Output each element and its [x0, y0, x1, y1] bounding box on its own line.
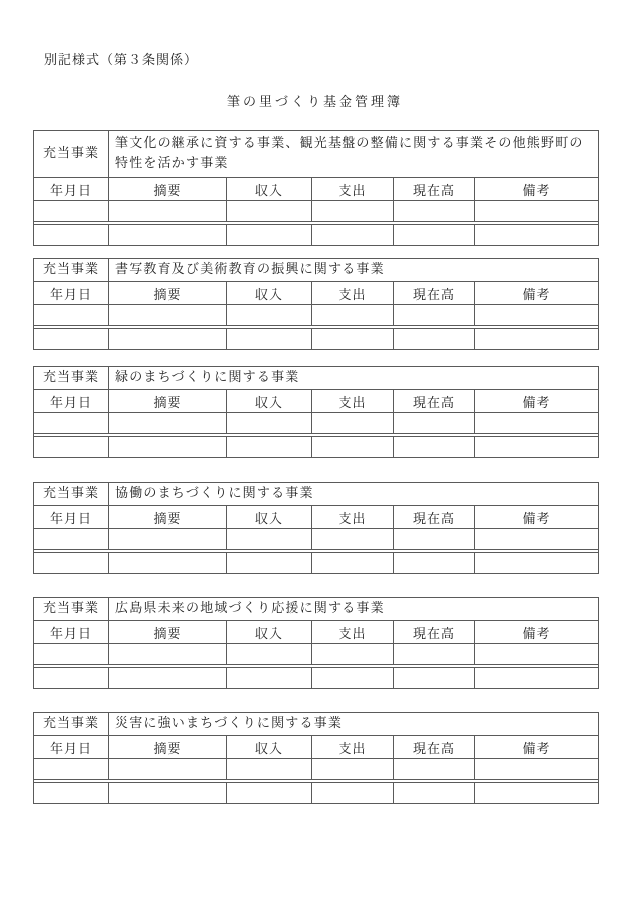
ledger-entry-row: [34, 644, 598, 665]
ledger-cell-remarks: [475, 644, 598, 664]
column-header-income: 収入: [227, 178, 312, 200]
ledger-cell-summary: [109, 225, 227, 245]
ledger-cell-remarks: [475, 783, 598, 803]
ledger-cell-expenditure: [312, 529, 394, 549]
ledger-cell-date: [34, 329, 109, 349]
column-header-row: 年月日 摘要 収入 支出 現在高 備考: [34, 506, 598, 529]
column-header-row: 年月日 摘要 収入 支出 現在高 備考: [34, 621, 598, 644]
column-header-remarks: 備考: [475, 282, 598, 304]
ledger-cell-summary: [109, 668, 227, 688]
ledger-cell-balance: [394, 201, 475, 221]
project-description: 広島県未来の地域づくり応援に関する事業: [109, 598, 598, 620]
ledger-cell-date: [34, 553, 109, 573]
column-header-row: 年月日 摘要 収入 支出 現在高 備考: [34, 178, 598, 201]
ledger-cell-date: [34, 201, 109, 221]
ledger-cell-income: [227, 329, 312, 349]
ledger-cell-balance: [394, 437, 475, 457]
ledger-cell-income: [227, 413, 312, 433]
ledger-cell-expenditure: [312, 668, 394, 688]
ledger-cell-expenditure: [312, 644, 394, 664]
ledger-cell-income: [227, 305, 312, 325]
project-label: 充当事業: [34, 131, 109, 177]
ledger-cell-remarks: [475, 668, 598, 688]
column-header-summary: 摘要: [109, 282, 227, 304]
ledger-cell-balance: [394, 644, 475, 664]
column-header-balance: 現在高: [394, 282, 475, 304]
column-header-summary: 摘要: [109, 736, 227, 758]
ledger-cell-income: [227, 644, 312, 664]
column-header-expenditure: 支出: [312, 506, 394, 528]
project-label: 充当事業: [34, 259, 109, 281]
ledger-cell-expenditure: [312, 783, 394, 803]
ledger-cell-date: [34, 529, 109, 549]
project-row: 充当事業 災害に強いまちづくりに関する事業: [34, 713, 598, 736]
page-title: 筆の里づくり基金管理簿: [0, 91, 630, 110]
project-row: 充当事業 書写教育及び美術教育の振興に関する事業: [34, 259, 598, 282]
ledger-cell-remarks: [475, 413, 598, 433]
column-header-income: 収入: [227, 621, 312, 643]
ledger-cell-expenditure: [312, 201, 394, 221]
ledger-cell-balance: [394, 553, 475, 573]
ledger-cell-remarks: [475, 225, 598, 245]
ledger-cell-balance: [394, 329, 475, 349]
ledger-entry-row: [34, 305, 598, 326]
project-description: 筆文化の継承に資する事業、観光基盤の整備に関する事業その他熊野町の特性を活かす事…: [109, 131, 598, 177]
fund-table-5: 充当事業 広島県未来の地域づくり応援に関する事業 年月日 摘要 収入 支出 現在…: [33, 597, 599, 689]
ledger-entry-row: [34, 667, 598, 688]
ledger-cell-summary: [109, 413, 227, 433]
fund-table-1: 充当事業 筆文化の継承に資する事業、観光基盤の整備に関する事業その他熊野町の特性…: [33, 130, 599, 246]
column-header-summary: 摘要: [109, 390, 227, 412]
ledger-cell-remarks: [475, 201, 598, 221]
ledger-cell-expenditure: [312, 759, 394, 779]
ledger-cell-income: [227, 668, 312, 688]
ledger-cell-expenditure: [312, 413, 394, 433]
column-header-income: 収入: [227, 736, 312, 758]
ledger-cell-balance: [394, 529, 475, 549]
ledger-cell-balance: [394, 668, 475, 688]
column-header-row: 年月日 摘要 収入 支出 現在高 備考: [34, 282, 598, 305]
project-label: 充当事業: [34, 367, 109, 389]
project-description: 協働のまちづくりに関する事業: [109, 483, 598, 505]
ledger-entry-row: [34, 201, 598, 222]
column-header-income: 収入: [227, 390, 312, 412]
column-header-remarks: 備考: [475, 178, 598, 200]
ledger-cell-balance: [394, 305, 475, 325]
column-header-expenditure: 支出: [312, 178, 394, 200]
ledger-cell-summary: [109, 201, 227, 221]
ledger-cell-summary: [109, 437, 227, 457]
ledger-cell-summary: [109, 553, 227, 573]
column-header-balance: 現在高: [394, 390, 475, 412]
ledger-cell-income: [227, 225, 312, 245]
column-header-balance: 現在高: [394, 178, 475, 200]
fund-table-3: 充当事業 緑のまちづくりに関する事業 年月日 摘要 収入 支出 現在高 備考: [33, 366, 599, 458]
ledger-cell-income: [227, 553, 312, 573]
column-header-row: 年月日 摘要 収入 支出 現在高 備考: [34, 390, 598, 413]
fund-table-2: 充当事業 書写教育及び美術教育の振興に関する事業 年月日 摘要 収入 支出 現在…: [33, 258, 599, 350]
column-header-date: 年月日: [34, 621, 109, 643]
project-label: 充当事業: [34, 483, 109, 505]
column-header-date: 年月日: [34, 390, 109, 412]
project-description: 災害に強いまちづくりに関する事業: [109, 713, 598, 735]
column-header-date: 年月日: [34, 178, 109, 200]
ledger-cell-summary: [109, 644, 227, 664]
column-header-income: 収入: [227, 282, 312, 304]
ledger-cell-date: [34, 305, 109, 325]
ledger-cell-income: [227, 437, 312, 457]
ledger-cell-remarks: [475, 759, 598, 779]
column-header-summary: 摘要: [109, 178, 227, 200]
ledger-cell-remarks: [475, 329, 598, 349]
ledger-entry-row: [34, 759, 598, 780]
column-header-balance: 現在高: [394, 736, 475, 758]
ledger-entry-row: [34, 413, 598, 434]
ledger-cell-income: [227, 201, 312, 221]
ledger-cell-date: [34, 413, 109, 433]
ledger-entry-row: [34, 552, 598, 573]
ledger-cell-income: [227, 529, 312, 549]
ledger-cell-balance: [394, 225, 475, 245]
project-row: 充当事業 緑のまちづくりに関する事業: [34, 367, 598, 390]
column-header-remarks: 備考: [475, 506, 598, 528]
ledger-cell-date: [34, 783, 109, 803]
column-header-expenditure: 支出: [312, 282, 394, 304]
ledger-entry-row: [34, 224, 598, 245]
ledger-entry-row: [34, 782, 598, 803]
column-header-balance: 現在高: [394, 621, 475, 643]
ledger-cell-expenditure: [312, 225, 394, 245]
project-row: 充当事業 広島県未来の地域づくり応援に関する事業: [34, 598, 598, 621]
ledger-cell-income: [227, 759, 312, 779]
column-header-expenditure: 支出: [312, 736, 394, 758]
ledger-cell-expenditure: [312, 329, 394, 349]
ledger-entry-row: [34, 328, 598, 349]
project-description: 緑のまちづくりに関する事業: [109, 367, 598, 389]
project-row: 充当事業 協働のまちづくりに関する事業: [34, 483, 598, 506]
column-header-remarks: 備考: [475, 390, 598, 412]
column-header-date: 年月日: [34, 282, 109, 304]
ledger-cell-date: [34, 644, 109, 664]
project-row: 充当事業 筆文化の継承に資する事業、観光基盤の整備に関する事業その他熊野町の特性…: [34, 131, 598, 178]
column-header-remarks: 備考: [475, 621, 598, 643]
ledger-entry-row: [34, 529, 598, 550]
column-header-summary: 摘要: [109, 506, 227, 528]
ledger-cell-summary: [109, 529, 227, 549]
project-label: 充当事業: [34, 598, 109, 620]
column-header-income: 収入: [227, 506, 312, 528]
column-header-expenditure: 支出: [312, 390, 394, 412]
column-header-date: 年月日: [34, 736, 109, 758]
ledger-cell-expenditure: [312, 305, 394, 325]
form-note: 別記様式（第３条関係）: [44, 49, 198, 68]
ledger-cell-date: [34, 759, 109, 779]
ledger-cell-expenditure: [312, 437, 394, 457]
ledger-cell-income: [227, 783, 312, 803]
column-header-balance: 現在高: [394, 506, 475, 528]
ledger-cell-date: [34, 437, 109, 457]
ledger-cell-expenditure: [312, 553, 394, 573]
column-header-summary: 摘要: [109, 621, 227, 643]
ledger-cell-remarks: [475, 553, 598, 573]
fund-table-4: 充当事業 協働のまちづくりに関する事業 年月日 摘要 収入 支出 現在高 備考: [33, 482, 599, 574]
column-header-date: 年月日: [34, 506, 109, 528]
ledger-cell-summary: [109, 305, 227, 325]
ledger-cell-balance: [394, 783, 475, 803]
ledger-cell-remarks: [475, 437, 598, 457]
fund-table-6: 充当事業 災害に強いまちづくりに関する事業 年月日 摘要 収入 支出 現在高 備…: [33, 712, 599, 804]
ledger-cell-summary: [109, 783, 227, 803]
ledger-cell-summary: [109, 759, 227, 779]
ledger-cell-date: [34, 668, 109, 688]
ledger-entry-row: [34, 436, 598, 457]
column-header-remarks: 備考: [475, 736, 598, 758]
project-label: 充当事業: [34, 713, 109, 735]
ledger-cell-balance: [394, 413, 475, 433]
ledger-cell-balance: [394, 759, 475, 779]
ledger-cell-date: [34, 225, 109, 245]
column-header-row: 年月日 摘要 収入 支出 現在高 備考: [34, 736, 598, 759]
ledger-cell-remarks: [475, 529, 598, 549]
column-header-expenditure: 支出: [312, 621, 394, 643]
project-description: 書写教育及び美術教育の振興に関する事業: [109, 259, 598, 281]
ledger-cell-remarks: [475, 305, 598, 325]
ledger-cell-summary: [109, 329, 227, 349]
